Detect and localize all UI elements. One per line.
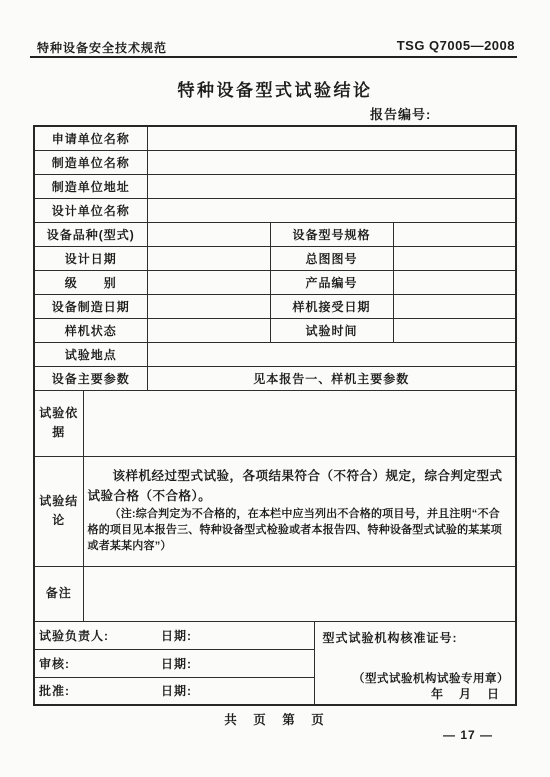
field-label-sample-accept-date: 样机接受日期 — [270, 294, 393, 318]
table-row: 备注 — [34, 566, 516, 621]
type-test-conclusion-table: 申请单位名称 制造单位名称 制造单位地址 设计单位名称 设备品种(型式) 设备型… — [33, 125, 517, 706]
field-value-test-location — [147, 342, 516, 366]
field-value-remarks — [83, 566, 516, 621]
field-value-drawing-number — [393, 246, 516, 270]
table-row: 试验负责人:日期: 型式试验机构核准证号: （型式试验机构试验专用章） 年 月 … — [34, 621, 516, 649]
signature-row-reviewer: 审核:日期: — [34, 649, 314, 677]
table-row: 设计日期 总图图号 — [34, 246, 516, 270]
signature-label-approver: 批准: — [39, 682, 161, 699]
field-label-designer: 设计单位名称 — [34, 198, 147, 222]
date-ymd-line: 年 月 日 — [431, 685, 501, 702]
field-value-manufacture-date — [147, 294, 270, 318]
table-row: 制造单位地址 — [34, 174, 516, 198]
signature-label-test-leader: 试验负责人: — [39, 627, 161, 644]
scanned-form-page: 特种设备安全技术规范 TSG Q7005—2008 特种设备型式试验结论 报告编… — [0, 0, 550, 777]
table-row: 设计单位名称 — [34, 198, 516, 222]
field-label-test-conclusion: 试验结论 — [34, 456, 83, 566]
signature-row-test-leader: 试验负责人:日期: — [34, 621, 314, 649]
field-value-model-spec — [393, 222, 516, 246]
table-row: 制造单位名称 — [34, 150, 516, 174]
table-row: 试验依据 — [34, 390, 516, 456]
field-value-grade — [147, 270, 270, 294]
field-label-applicant: 申请单位名称 — [34, 126, 147, 150]
report-number-label: 报告编号: — [370, 104, 431, 123]
field-value-test-basis — [83, 390, 516, 456]
field-label-design-date: 设计日期 — [34, 246, 147, 270]
signature-label-reviewer: 审核: — [39, 655, 161, 672]
conclusion-note-text: （注:综合判定为不合格的，在本栏中应当列出不合格的项目号，并且注明“不合格的项目… — [88, 507, 512, 555]
header-spec-name: 特种设备安全技术规范 — [37, 39, 167, 56]
table-row: 样机状态 试验时间 — [34, 318, 516, 342]
field-label-equipment-variety: 设备品种(型式) — [34, 222, 147, 246]
field-value-designer — [147, 198, 516, 222]
table-row: 设备主要参数 见本报告一、样机主要参数 — [34, 366, 516, 390]
date-label: 日期: — [161, 684, 192, 698]
field-label-manufacturer: 制造单位名称 — [34, 150, 147, 174]
field-label-test-location: 试验地点 — [34, 342, 147, 366]
table-row: 试验地点 — [34, 342, 516, 366]
header-doc-code: TSG Q7005—2008 — [397, 38, 515, 53]
field-value-main-parameters: 见本报告一、样机主要参数 — [147, 366, 516, 390]
certificate-number-label: 型式试验机构核准证号: — [323, 629, 458, 646]
header-rule — [30, 56, 517, 58]
field-label-manufacture-date: 设备制造日期 — [34, 294, 147, 318]
field-label-main-parameters: 设备主要参数 — [34, 366, 147, 390]
field-value-product-number — [393, 270, 516, 294]
field-label-test-time: 试验时间 — [270, 318, 393, 342]
page-number: — 17 — — [443, 728, 493, 742]
signature-row-approver: 批准:日期: — [34, 677, 314, 705]
date-label: 日期: — [161, 629, 192, 643]
field-value-sample-accept-date — [393, 294, 516, 318]
date-label: 日期: — [161, 657, 192, 671]
conclusion-main-text: 该样机经过型式试验，各项结果符合（不符合）规定，综合判定型式试验合格（不合格）。 — [88, 467, 512, 506]
certificate-block: 型式试验机构核准证号: （型式试验机构试验专用章） 年 月 日 — [314, 621, 516, 705]
field-value-manufacturer — [147, 150, 516, 174]
field-value-test-conclusion: 该样机经过型式试验，各项结果符合（不符合）规定，综合判定型式试验合格（不合格）。… — [83, 456, 516, 566]
field-label-model-spec: 设备型号规格 — [270, 222, 393, 246]
table-row: 试验结论 该样机经过型式试验，各项结果符合（不符合）规定，综合判定型式试验合格（… — [34, 456, 516, 566]
table-row: 申请单位名称 — [34, 126, 516, 150]
field-label-grade: 级 别 — [34, 270, 147, 294]
table-row: 级 别 产品编号 — [34, 270, 516, 294]
field-value-manufacturer-address — [147, 174, 516, 198]
field-label-test-basis: 试验依据 — [34, 390, 83, 456]
field-value-sample-status — [147, 318, 270, 342]
field-value-test-time — [393, 318, 516, 342]
field-label-manufacturer-address: 制造单位地址 — [34, 174, 147, 198]
footer-page-count: 共 页 第 页 — [0, 710, 550, 728]
field-value-equipment-variety — [147, 222, 270, 246]
field-label-remarks: 备注 — [34, 566, 83, 621]
seal-label: （型式试验机构试验专用章） — [353, 670, 509, 686]
table-row: 设备制造日期 样机接受日期 — [34, 294, 516, 318]
field-label-sample-status: 样机状态 — [34, 318, 147, 342]
field-label-drawing-number: 总图图号 — [270, 246, 393, 270]
field-label-product-number: 产品编号 — [270, 270, 393, 294]
table-row: 设备品种(型式) 设备型号规格 — [34, 222, 516, 246]
page-title: 特种设备型式试验结论 — [0, 76, 550, 101]
field-value-design-date — [147, 246, 270, 270]
field-value-applicant — [147, 126, 516, 150]
